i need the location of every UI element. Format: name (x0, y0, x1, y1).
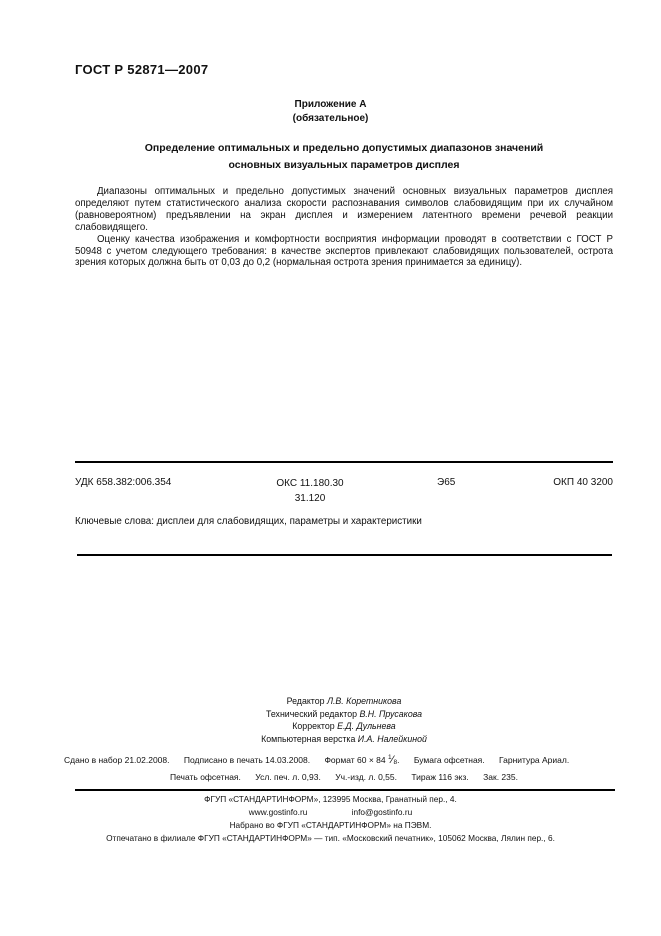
credit-row-technical-editor: Технический редактор В.Н. Прусакова (75, 708, 613, 721)
body-paragraph-2: Оценку качества изображения и комфортнос… (75, 234, 613, 270)
imprint-order: Зак. 235. (483, 772, 518, 782)
keywords-line: Ключевые слова: дисплеи для слабовидящих… (75, 516, 422, 527)
imprint-circulation: Тираж 116 экз. (411, 772, 468, 782)
horizontal-rule-bottom (75, 789, 615, 791)
document-page: ГОСТ Р 52871—2007 Приложение А (обязател… (0, 0, 661, 936)
okp-code: ОКП 40 3200 (500, 477, 613, 488)
publisher-printed-line: Отпечатано в филиале ФГУП «СТАНДАРТИНФОР… (40, 832, 621, 845)
appendix-note: (обязательное) (0, 112, 661, 126)
imprint-paper: Бумага офсетная. (414, 755, 485, 765)
body-paragraph-1: Диапазоны оптимальных и предельно допуст… (75, 186, 613, 234)
format-fraction: 1⁄8 (388, 754, 397, 766)
udk-code: УДК 658.382:006.354 (75, 477, 171, 488)
imprint-format: Формат 60 × 84 1⁄8. (324, 755, 399, 765)
credit-name: В.Н. Прусакова (359, 709, 422, 719)
imprint-format-period: . (397, 755, 399, 765)
credit-row-editor: Редактор Л.В. Коретникова (75, 695, 613, 708)
horizontal-rule-top (75, 461, 613, 463)
appendix-label: Приложение А (0, 98, 661, 112)
horizontal-rule-middle (77, 554, 612, 556)
title-line-2: основных визуальных параметров дисплея (75, 157, 613, 174)
credit-role: Корректор (292, 721, 334, 731)
imprint-signed-to-print: Подписано в печать 14.03.2008. (184, 755, 310, 765)
credit-role: Технический редактор (266, 709, 357, 719)
publisher-website: www.gostinfo.ru (249, 806, 308, 819)
credit-name: Л.В. Коретникова (327, 696, 401, 706)
document-title: Определение оптимальных и предельно допу… (75, 140, 613, 173)
imprint-line-2: Печать офсетная. Усл. печ. л. 0,93. Уч.-… (75, 772, 613, 782)
imprint-acc-sheets: Уч.-изд. л. 0,55. (335, 772, 397, 782)
publisher-address: ФГУП «СТАНДАРТИНФОРМ», 123995 Москва, Гр… (40, 793, 621, 806)
title-line-1: Определение оптимальных и предельно допу… (75, 140, 613, 157)
imprint-conv-sheets: Усл. печ. л. 0,93. (255, 772, 321, 782)
oks-code-line-1: ОКС 11.180.30 (255, 477, 365, 492)
publisher-contacts: www.gostinfo.ru info@gostinfo.ru (40, 806, 621, 819)
credit-row-proofreader: Корректор Е.Д. Дульнева (75, 720, 613, 733)
oks-code: ОКС 11.180.30 31.120 (255, 477, 365, 506)
oks-code-line-2: 31.120 (255, 492, 365, 507)
credit-name: Е.Д. Дульнева (337, 721, 396, 731)
credit-role: Редактор (287, 696, 325, 706)
e-code: Э65 (437, 477, 455, 488)
publisher-typeset-line: Набрано во ФГУП «СТАНДАРТИНФОРМ» на ПЭВМ… (40, 819, 621, 832)
imprint-print-type: Печать офсетная. (170, 772, 241, 782)
publisher-block: ФГУП «СТАНДАРТИНФОРМ», 123995 Москва, Гр… (40, 793, 621, 845)
imprint-typeface: Гарнитура Ариал. (499, 755, 569, 765)
credit-row-layout: Компьютерная верстка И.А. Налейкиной (75, 733, 613, 746)
imprint-sent-to-set: Сдано в набор 21.02.2008. (64, 755, 170, 765)
appendix-heading: Приложение А (обязательное) (0, 98, 661, 126)
publisher-email: info@gostinfo.ru (352, 806, 413, 819)
credit-role: Компьютерная верстка (261, 734, 355, 744)
credits-block: Редактор Л.В. Коретникова Технический ре… (75, 695, 613, 745)
imprint-format-label: Формат 60 × 84 (324, 755, 385, 765)
imprint-line-1: Сдано в набор 21.02.2008. Подписано в пе… (64, 754, 609, 766)
doc-number: ГОСТ Р 52871—2007 (75, 62, 208, 77)
credit-name: И.А. Налейкиной (358, 734, 427, 744)
body-text: Диапазоны оптимальных и предельно допуст… (75, 186, 613, 269)
